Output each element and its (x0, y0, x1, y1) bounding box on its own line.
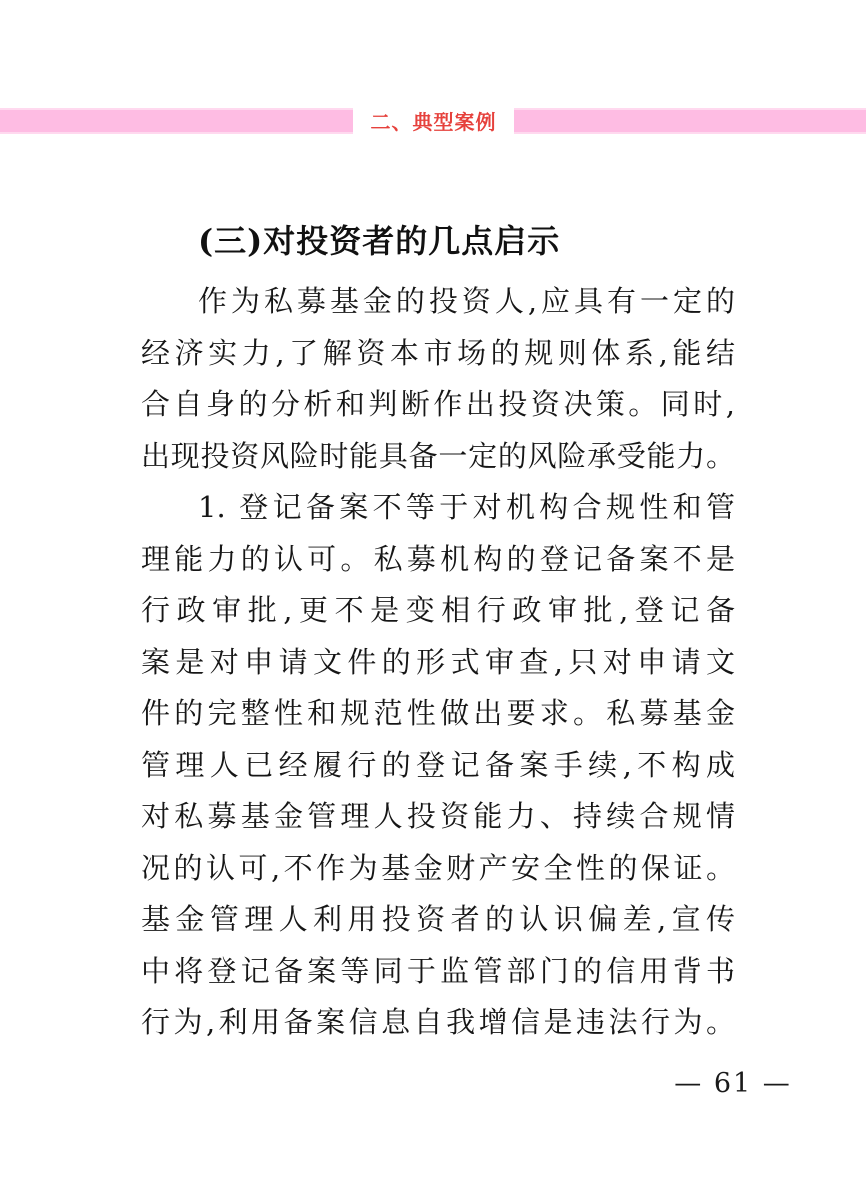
running-header: 二、典型案例 (353, 92, 514, 148)
text-line: 中将登记备案等同于监管部门的信用背书 (141, 946, 735, 998)
running-header-title: 二、典型案例 (371, 106, 497, 135)
body-text: 作为私募基金的投资人,应具有一定的经济实力,了解资本市场的规则体系,能结合自身的… (141, 276, 735, 1049)
text-line: 管理人已经履行的登记备案手续,不构成 (141, 740, 735, 792)
text-line: 理能力的认可。私募机构的登记备案不是 (141, 534, 735, 586)
text-line: 案是对申请文件的形式审查,只对申请文 (141, 637, 735, 689)
text-line: 行政审批,更不是变相行政审批,登记备 (141, 585, 735, 637)
text-line: 作为私募基金的投资人,应具有一定的 (141, 276, 735, 328)
text-line: 出现投资风险时能具备一定的风险承受能力。 (141, 431, 735, 483)
text-line: 经济实力,了解资本市场的规则体系,能结 (141, 328, 735, 380)
text-line: 基金管理人利用投资者的认识偏差,宣传 (141, 894, 735, 946)
text-line: 1. 登记备案不等于对机构合规性和管 (141, 482, 735, 534)
text-line: 况的认可,不作为基金财产安全性的保证。 (141, 843, 735, 895)
section-heading: (三)对投资者的几点启示 (141, 219, 735, 263)
text-line: 对私募基金管理人投资能力、持续合规情 (141, 791, 735, 843)
text-line: 件的完整性和规范性做出要求。私募基金 (141, 688, 735, 740)
page-number: — 61 — (600, 1068, 866, 1099)
book-page: 二、典型案例 (三)对投资者的几点启示 作为私募基金的投资人,应具有一定的经济实… (0, 0, 866, 1189)
text-line: 合自身的分析和判断作出投资决策。同时, (141, 379, 735, 431)
text-line: 行为,利用备案信息自我增信是违法行为。 (141, 997, 735, 1049)
